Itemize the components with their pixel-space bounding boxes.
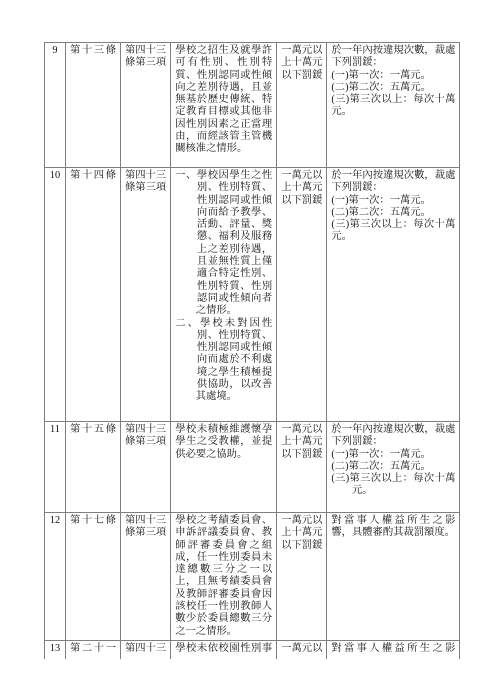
text-line: 第四十三 [125, 45, 166, 57]
violation-cell: 學校未依校園性別事 [171, 640, 277, 659]
violation-cell: 一、學校因學生之性 別、性別特質、 性別認同或性傾 向而給予教學、 活動、評量、… [171, 168, 277, 422]
text-line: 供協助，以改善 [175, 379, 272, 391]
text-line: 下列罰鍰： [331, 182, 455, 194]
table-row: 9 第十三條 第四十三條第三項 學校之招生及就學許可有性別、性別特質、性別認同或… [45, 43, 460, 168]
text-line: 懲、福利及服務 [175, 231, 272, 243]
text-line: (三)第三次以上：每次十萬 [331, 219, 455, 231]
text-line: 及教師評審委員會因 [175, 589, 272, 601]
notes-cell: 於一年內按違規次數，裁處下列罰鍰：(一)第一次：一萬元。(二)第二次：五萬元。(… [327, 168, 460, 422]
text-line: 元。 [331, 485, 455, 497]
notes-cell: 對當事人權益所生之影響，具體審酌其裁罰額度。 [327, 513, 460, 641]
article-cell: 第十七條 [66, 513, 121, 641]
fine-cell: 一萬元以上十萬元以下罰鍰 [277, 422, 327, 513]
text-line: 上，且無考績委員會 [175, 576, 272, 588]
text-line: 以下罰鍰 [281, 540, 322, 552]
text-line: 第十五條 [70, 424, 116, 436]
text-line: 一萬元以 [281, 643, 322, 655]
text-line: 第二十一 [70, 643, 116, 655]
penalty-article-cell: 第四十三 [121, 640, 171, 659]
row-number: 11 [45, 422, 66, 513]
text-line: 上十萬元 [281, 436, 322, 448]
text-line: 上十萬元 [281, 57, 322, 69]
text-line: (三)第三次以上：每次十萬 [331, 473, 455, 485]
document-page: 9 第十三條 第四十三條第三項 學校之招生及就學許可有性別、性別特質、性別認同或… [0, 0, 495, 700]
text-line: 申訴評議委員會、教 [175, 527, 272, 539]
text-line: 第十三條 [70, 45, 116, 57]
text-line: 條第三項 [125, 436, 166, 448]
text-line: 一萬元以 [281, 170, 322, 182]
text-line: 關核准之情形。 [175, 143, 272, 155]
text-line: 上十萬元 [281, 182, 322, 194]
penalty-article-cell: 第四十三條第三項 [121, 168, 171, 422]
text-line: 學校未積極維護懷孕 [175, 424, 272, 436]
text-line: 條第三項 [125, 57, 166, 69]
table-row: 12 第十七條 第四十三條第三項 學校之考績委員會、申訴評議委員會、教師評審委員… [45, 513, 460, 641]
violation-cell: 學校未積極維護懷孕學生之受教權，並提供必要之協助。 [171, 422, 277, 513]
text-line: (一)第一次：一萬元。 [331, 449, 455, 461]
text-line: 學生之受教權，並提 [175, 436, 272, 448]
text-line: 以下罰鍰 [281, 195, 322, 207]
article-cell: 第二十一 [66, 640, 121, 659]
text-line: 且並無性質上僅 [175, 256, 272, 268]
fine-cell: 一萬元以 [277, 640, 327, 659]
text-line: 供必要之協助。 [175, 449, 272, 461]
article-cell: 第十五條 [66, 422, 121, 513]
text-line: (二)第二次：五萬元。 [331, 82, 455, 94]
text-line: 其處境。 [175, 391, 272, 403]
text-line: 對當事人權益所生之影 [331, 515, 455, 527]
text-line: 第四十三 [125, 515, 166, 527]
fine-cell: 一萬元以上十萬元以下罰鍰 [277, 513, 327, 641]
text-line: (一)第一次：一萬元。 [331, 70, 455, 82]
text-line: 一萬元以 [281, 424, 322, 436]
penalty-article-cell: 第四十三條第三項 [121, 43, 171, 168]
text-line: (二)第二次：五萬元。 [331, 461, 455, 473]
text-line: 元。 [331, 106, 455, 118]
text-line: 一萬元以 [281, 45, 322, 57]
text-line: (三)第三次以上：每次十萬 [331, 94, 455, 106]
penalty-table: 9 第十三條 第四十三條第三項 學校之招生及就學許可有性別、性別特質、性別認同或… [44, 42, 460, 659]
article-cell: 第十三條 [66, 43, 121, 168]
text-line: 條第三項 [125, 527, 166, 539]
text-line: 境之學生積極提 [175, 367, 272, 379]
text-line: 以下罰鍰 [281, 449, 322, 461]
text-line: 下列罰鍰： [331, 436, 455, 448]
text-line: 響，具體審酌其裁罰額度。 [331, 527, 455, 539]
text-line: 學校之考績委員會、 [175, 515, 272, 527]
text-line: 條第三項 [125, 182, 166, 194]
text-line: 第十四條 [70, 170, 116, 182]
text-line: 一、學校因學生之性 [175, 170, 272, 182]
text-line: 活動、評量、獎 [175, 219, 272, 231]
penalty-article-cell: 第四十三條第三項 [121, 513, 171, 641]
text-line: 上之差別待遇， [175, 244, 272, 256]
table-row: 10 第十四條 第四十三條第三項 一、學校因學生之性 別、性別特質、 性別認同或… [45, 168, 460, 422]
text-line: 定教育目標或其他非 [175, 106, 272, 118]
text-line: 於一年內按違規次數，裁處 [331, 424, 455, 436]
text-line: 可有性別、性別特 [175, 57, 272, 69]
text-line: 性別特質、性別 [175, 281, 272, 293]
text-line: 對當事人權益所生之影 [331, 643, 455, 655]
text-line: 成，任一性別委員未 [175, 552, 272, 564]
text-line: (一)第一次：一萬元。 [331, 195, 455, 207]
text-line: 別、性別特質、 [175, 182, 272, 194]
text-line: 第四十三 [125, 424, 166, 436]
table-row: 11 第十五條 第四十三條第三項 學校未積極維護懷孕學生之受教權，並提供必要之協… [45, 422, 460, 513]
text-line: 元。 [331, 231, 455, 243]
text-line: 性別認同或性傾 [175, 195, 272, 207]
text-line: 達總數三分之一以 [175, 564, 272, 576]
text-line: 一萬元以 [281, 515, 322, 527]
text-line: 該校任一性別教師人 [175, 601, 272, 613]
table-row: 13 第二十一 第四十三 學校未依校園性別事 一萬元以 對當事人權益所生之影 [45, 640, 460, 659]
fine-cell: 一萬元以上十萬元以下罰鍰 [277, 168, 327, 422]
text-line: 學校未依校園性別事 [175, 643, 272, 655]
text-line: 學校之招生及就學許 [175, 45, 272, 57]
notes-cell: 於一年內按違規次數，裁處下列罰鍰：(一)第一次：一萬元。(二)第二次：五萬元。(… [327, 422, 460, 513]
text-line: 於一年內按違規次數，裁處 [331, 170, 455, 182]
text-line: 由，而經該管主管機 [175, 131, 272, 143]
text-line: 向之差別待遇，且並 [175, 82, 272, 94]
text-line: 上十萬元 [281, 527, 322, 539]
text-line: 數少於委員總數三分 [175, 613, 272, 625]
text-line: 適合特定性別、 [175, 268, 272, 280]
violation-cell: 學校之考績委員會、申訴評議委員會、教師評審委員會之組成，任一性別委員未達總數三分… [171, 513, 277, 641]
text-line: 下列罰鍰： [331, 57, 455, 69]
text-line: 二、學校未對因性 [175, 318, 272, 330]
text-line: 以下罰鍰 [281, 70, 322, 82]
text-line: 性別認同或性傾 [175, 342, 272, 354]
text-line: 認同或性傾向者 [175, 293, 272, 305]
text-line: (二)第二次：五萬元。 [331, 207, 455, 219]
penalty-article-cell: 第四十三條第三項 [121, 422, 171, 513]
article-cell: 第十四條 [66, 168, 121, 422]
notes-cell: 對當事人權益所生之影 [327, 640, 460, 659]
text-line: 之一之情形。 [175, 626, 272, 638]
violation-cell: 學校之招生及就學許可有性別、性別特質、性別認同或性傾向之差別待遇，且並無基於歷史… [171, 43, 277, 168]
text-line: 向而給予教學、 [175, 207, 272, 219]
text-line: 於一年內按違規次數，裁處 [331, 45, 455, 57]
text-line: 第四十三 [125, 170, 166, 182]
fine-cell: 一萬元以上十萬元以下罰鍰 [277, 43, 327, 168]
text-line: 別、性別特質、 [175, 330, 272, 342]
row-number: 10 [45, 168, 66, 422]
row-number: 13 [45, 640, 66, 659]
notes-cell: 於一年內按違規次數，裁處下列罰鍰：(一)第一次：一萬元。(二)第二次：五萬元。(… [327, 43, 460, 168]
text-line: 因性別因素之正當理 [175, 119, 272, 131]
text-line: 無基於歷史傳統、特 [175, 94, 272, 106]
text-line: 向而處於不利處 [175, 354, 272, 366]
text-line: 第四十三 [125, 643, 166, 655]
row-number: 9 [45, 43, 66, 168]
text-line: 師評審委員會之組 [175, 540, 272, 552]
text-line: 之情形。 [175, 305, 272, 317]
text-line: 質、性別認同或性傾 [175, 70, 272, 82]
row-number: 12 [45, 513, 66, 641]
text-line: 第十七條 [70, 515, 116, 527]
